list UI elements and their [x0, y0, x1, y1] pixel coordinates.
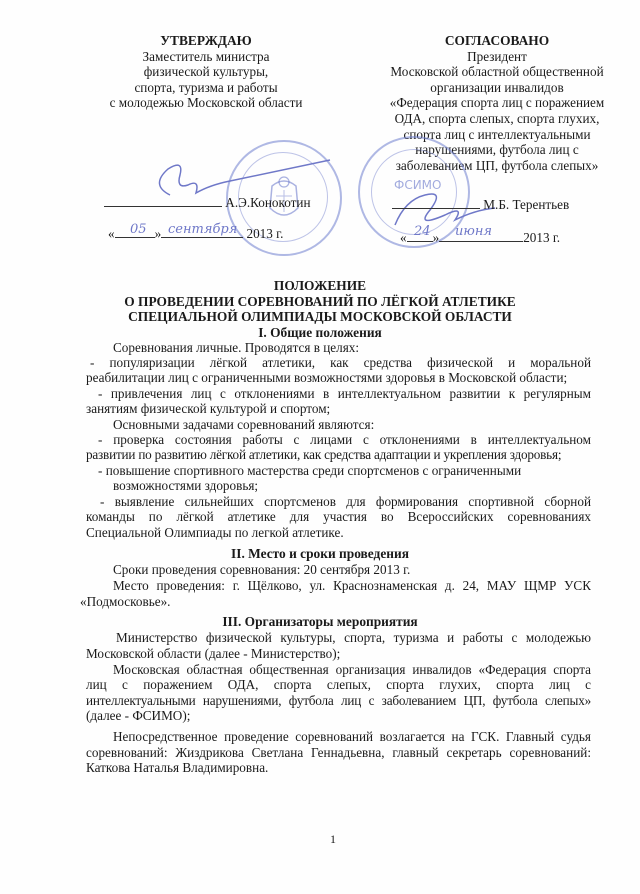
date-year: 2013 г.	[523, 230, 560, 245]
quote-open: «	[400, 230, 407, 245]
event-dates: Сроки проведения соревнования: 20 сентяб…	[113, 562, 410, 578]
page-number: 1	[330, 832, 336, 847]
document-title-line: ПОЛОЖЕНИЕ	[0, 278, 640, 294]
event-venue: «Подмосковье».	[80, 594, 170, 610]
task-line: - повышение спортивного мастерства среди…	[98, 463, 521, 479]
goal-line: - привлечения лиц с отклонениями в интел…	[86, 386, 591, 402]
organizer-line: Московской области (далее - Министерство…	[86, 646, 340, 662]
document-page: УТВЕРЖДАЮ Заместитель министра физическо…	[0, 0, 640, 894]
signature-line-right: М.Б. Терентьев	[392, 196, 569, 212]
section-heading: II. Место и сроки проведения	[0, 546, 640, 561]
approval-line: Президент	[352, 49, 640, 65]
tasks-intro: Основными задачами соревнований являются…	[113, 417, 374, 433]
organizer-line: Непосредственное проведение соревнований…	[86, 729, 591, 745]
organizer-line: Московская областная общественная органи…	[86, 662, 591, 678]
approval-block-left: УТВЕРЖДАЮ Заместитель министра физическо…	[72, 33, 340, 111]
document-title-line: О ПРОВЕДЕНИИ СОРЕВНОВАНИЙ ПО ЛЁГКОЙ АТЛЕ…	[0, 294, 640, 310]
organizer-line: соревнований: Жиздрикова Светлана Геннад…	[86, 745, 591, 761]
goal-line: занятиям физической культурой и спортом;	[86, 401, 330, 417]
quote-close: »	[155, 226, 162, 241]
quote-open: «	[108, 226, 115, 241]
signature-underline	[104, 194, 222, 207]
signatory-name: А.Э.Конокотин	[225, 195, 310, 210]
approval-line: Заместитель министра	[72, 49, 340, 65]
organizer-line: интеллектуальными нарушениями, футбола л…	[86, 693, 591, 709]
organizer-line: лиц с поражением ОДА, спорта слепых, спо…	[86, 677, 591, 693]
approval-line: ОДА, спорта слепых, спорта глухих,	[352, 111, 640, 127]
document-title: ПОЛОЖЕНИЕ О ПРОВЕДЕНИИ СОРЕВНОВАНИЙ ПО Л…	[0, 278, 640, 325]
event-venue: Место проведения: г. Щёлково, ул. Красно…	[86, 578, 591, 594]
task-line: команды по лёгкой атлетике для участия в…	[86, 509, 591, 525]
task-line: - проверка состояния работы с лицами с о…	[86, 432, 591, 448]
approval-line: организации инвалидов	[352, 80, 640, 96]
approval-title: СОГЛАСОВАНО	[352, 33, 640, 49]
task-line: развитии по развитию лёгкой атлетики, ка…	[86, 447, 561, 463]
handwritten-day: 24	[414, 224, 431, 239]
signature-line-left: А.Э.Конокотин	[104, 194, 311, 210]
signatory-name: М.Б. Терентьев	[483, 197, 569, 212]
organizer-line: Министерство физической культуры, спорта…	[86, 630, 591, 646]
goal-line: - популяризации лёгкой атлетики, как сре…	[86, 355, 591, 371]
approval-line: с молодежью Московской области	[72, 95, 340, 111]
date-year: 2013 г.	[246, 226, 283, 241]
section-intro: Соревнования личные. Проводятся в целях:	[113, 340, 359, 356]
section-heading: I. Общие положения	[0, 325, 640, 340]
approval-line: Московской областной общественной	[352, 64, 640, 80]
organizer-line: Каткова Наталья Владимировна.	[86, 760, 268, 776]
task-line: - выявление сильнейших спортсменов для ф…	[86, 494, 591, 510]
approval-line: «Федерация спорта лиц с поражением	[352, 95, 640, 111]
signature-underline	[392, 196, 480, 209]
handwritten-month: июня	[455, 224, 492, 239]
handwritten-day: 05	[130, 222, 147, 237]
goal-line: реабилитации лиц с ограниченными возможн…	[86, 370, 567, 386]
organizer-line: (далее - ФСИМО);	[86, 708, 190, 724]
task-line: Специальной Олимпиады по легкой атлетике…	[86, 525, 344, 541]
document-title-line: СПЕЦИАЛЬНОЙ ОЛИМПИАДЫ МОСКОВСКОЙ ОБЛАСТИ	[0, 309, 640, 325]
approval-title: УТВЕРЖДАЮ	[72, 33, 340, 49]
approval-line: спорта, туризма и работы	[72, 80, 340, 96]
section-heading: III. Организаторы мероприятия	[0, 614, 640, 629]
quote-close: »	[433, 230, 440, 245]
task-line: возможностями здоровья;	[113, 478, 258, 494]
handwritten-month: сентября	[168, 222, 237, 237]
approval-line: физической культуры,	[72, 64, 340, 80]
